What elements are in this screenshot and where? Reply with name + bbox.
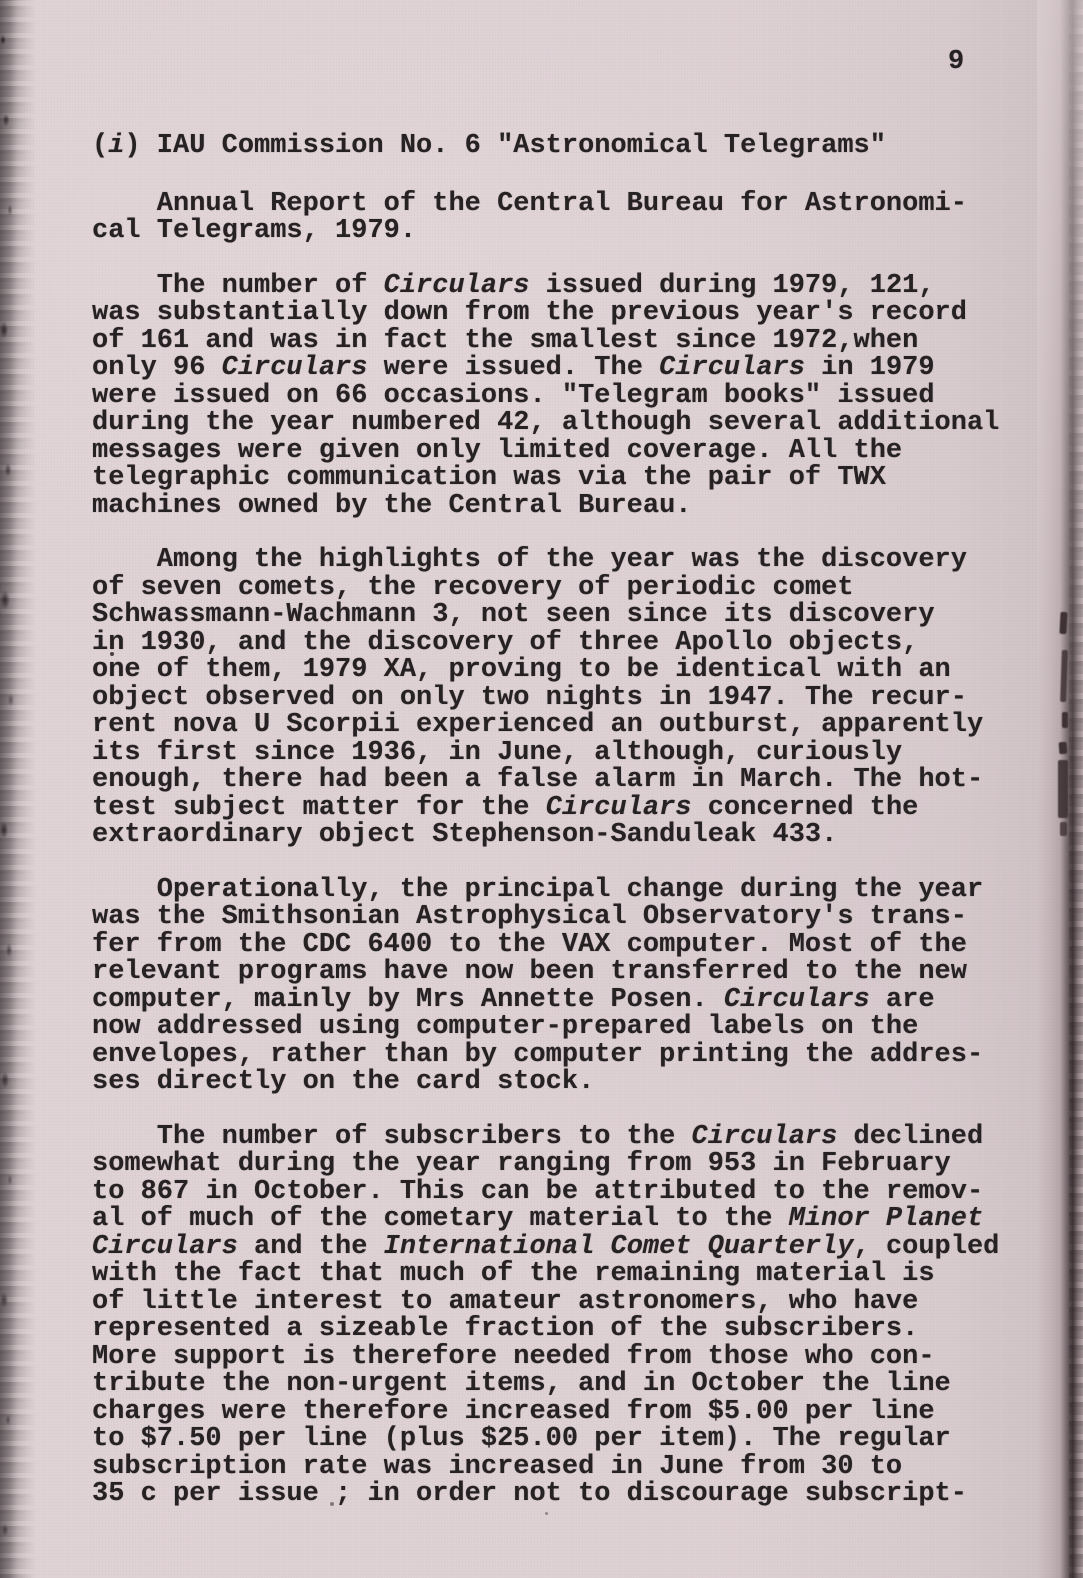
text-segment: al of much of the cometary material to t… [92, 1204, 789, 1234]
bleed-through-mark [1060, 822, 1067, 836]
text-segment: International Comet Quarterly [384, 1232, 854, 1262]
text-segment: was the Smithsonian Astrophysical Observ… [92, 902, 967, 932]
text-segment: declined [837, 1122, 983, 1152]
text-line: with the fact that much of the remaining… [92, 1261, 1052, 1289]
text-segment: ( [92, 131, 108, 161]
text-segment: 35 c per issue ; in order not to discour… [92, 1479, 967, 1509]
text-segment: concerned the [692, 793, 919, 823]
text-segment: ses directly on the card stock. [92, 1067, 594, 1097]
text-segment: fer from the CDC 6400 to the VAX compute… [92, 930, 967, 960]
text-line: of 161 and was in fact the smallest sinc… [92, 328, 1052, 356]
text-segment: charges were therefore increased from $5… [92, 1397, 935, 1427]
text-line: were issued on 66 occasions. "Telegram b… [92, 383, 1052, 411]
text-line: to $7.50 per line (plus $25.00 per item)… [92, 1426, 1052, 1454]
text-line: enough, there had been a false alarm in … [92, 767, 1052, 795]
text-segment: extraordinary object Stephenson-Sandulea… [92, 820, 837, 850]
text-line: was substantially down from the previous… [92, 300, 1052, 328]
text-segment: Operationally, the principal change duri… [92, 875, 983, 905]
text-line: al of much of the cometary material to t… [92, 1206, 1052, 1234]
text-segment: ) IAU Commission No. 6 "Astronomical Tel… [124, 131, 886, 161]
text-segment: are [870, 985, 935, 1015]
text-segment: in 1979 [805, 353, 935, 383]
text-line: envelopes, rather than by computer print… [92, 1042, 1052, 1070]
text-segment: Minor Planet [789, 1204, 983, 1234]
text-segment: enough, there had been a false alarm in … [92, 765, 983, 795]
text-segment: to 867 in October. This can be attribute… [92, 1177, 983, 1207]
text-line: machines owned by the Central Bureau. [92, 493, 1052, 521]
text-line: fer from the CDC 6400 to the VAX compute… [92, 932, 1052, 960]
text-line: somewhat during the year ranging from 95… [92, 1151, 1052, 1179]
text-line: represented a sizeable fraction of the s… [92, 1316, 1052, 1344]
bleed-through-mark [1059, 612, 1067, 634]
text-segment: envelopes, rather than by computer print… [92, 1040, 983, 1070]
text-line: Operationally, the principal change duri… [92, 877, 1052, 905]
text-segment: cal Telegrams, 1979. [92, 216, 416, 246]
text-segment: somewhat during the year ranging from 95… [92, 1149, 951, 1179]
text-segment: Among the highlights of the year was the… [92, 545, 967, 575]
text-segment: with the fact that much of the remaining… [92, 1259, 935, 1289]
text-segment: subscription rate was increased in June … [92, 1452, 902, 1482]
text-line: charges were therefore increased from $5… [92, 1399, 1052, 1427]
text-line: in 1930, and the discovery of three Apol… [92, 630, 1052, 658]
text-line: cal Telegrams, 1979. [92, 218, 1052, 246]
text-line: object observed on only two nights in 19… [92, 685, 1052, 713]
text-segment: More support is therefore needed from th… [92, 1342, 935, 1372]
paragraph: The number of Circulars issued during 19… [92, 273, 1052, 521]
text-line: messages were given only limited coverag… [92, 438, 1052, 466]
text-line: during the year numbered 42, although se… [92, 410, 1052, 438]
paragraph: Among the highlights of the year was the… [92, 547, 1052, 850]
text-segment: was substantially down from the previous… [92, 298, 967, 328]
text-segment: only 96 [92, 353, 222, 383]
text-segment: Circulars [222, 353, 368, 383]
text-segment: , coupled [854, 1232, 1000, 1262]
text-segment: represented a sizeable fraction of the s… [92, 1314, 918, 1344]
text-line: relevant programs have now been transfer… [92, 959, 1052, 987]
bleed-through-mark [1058, 760, 1068, 818]
text-line: its first since 1936, in June, although,… [92, 740, 1052, 768]
text-line: More support is therefore needed from th… [92, 1344, 1052, 1372]
text-segment: rent nova U Scorpii experienced an outbu… [92, 710, 983, 740]
text-line: 35 c per issue ; in order not to discour… [92, 1481, 1052, 1509]
text-segment: in 1930, and the discovery of three Apol… [92, 628, 918, 658]
text-segment: Circulars [546, 793, 692, 823]
text-segment: telegraphic communication was via the pa… [92, 463, 886, 493]
text-segment: test subject matter for the [92, 793, 546, 823]
text-line: was the Smithsonian Astrophysical Observ… [92, 904, 1052, 932]
text-segment: The number of subscribers to the [92, 1122, 692, 1152]
text-line: Among the highlights of the year was the… [92, 547, 1052, 575]
text-segment: Circulars [724, 985, 870, 1015]
text-line: Annual Report of the Central Bureau for … [92, 191, 1052, 219]
text-segment: messages were given only limited coverag… [92, 436, 902, 466]
text-segment: machines owned by the Central Bureau. [92, 491, 692, 521]
text-line: of little interest to amateur astronomer… [92, 1289, 1052, 1317]
text-line: of seven comets, the recovery of periodi… [92, 575, 1052, 603]
text-line: The number of subscribers to the Circula… [92, 1124, 1052, 1152]
scan-edge-left [0, 0, 36, 1578]
text-segment: during the year numbered 42, although se… [92, 408, 999, 438]
text-segment: of seven comets, the recovery of periodi… [92, 573, 854, 603]
text-line: ses directly on the card stock. [92, 1069, 1052, 1097]
text-segment: were issued on 66 occasions. "Telegram b… [92, 381, 935, 411]
text-line: subscription rate was increased in June … [92, 1454, 1052, 1482]
text-segment: Circulars [692, 1122, 838, 1152]
document-body: (i) IAU Commission No. 6 "Astronomical T… [92, 133, 1052, 1509]
paragraph: Annual Report of the Central Bureau for … [92, 191, 1052, 246]
text-segment: one of them, 1979 XA, proving to be iden… [92, 655, 951, 685]
text-segment: relevant programs have now been transfer… [92, 957, 967, 987]
bleed-through-mark [1060, 650, 1068, 702]
text-segment: Circulars [384, 271, 530, 301]
text-segment: of 161 and was in fact the smallest sinc… [92, 326, 918, 356]
paragraph: Operationally, the principal change duri… [92, 877, 1052, 1097]
text-segment: object observed on only two nights in 19… [92, 683, 967, 713]
bleed-through-mark [1059, 742, 1068, 755]
text-line: The number of Circulars issued during 19… [92, 273, 1052, 301]
text-segment: Schwassmann-Wachmann 3, not seen since i… [92, 600, 935, 630]
stray-speck [545, 1512, 548, 1515]
text-segment: The number of [92, 271, 384, 301]
text-segment: i [108, 131, 124, 161]
text-line: one of them, 1979 XA, proving to be iden… [92, 657, 1052, 685]
text-segment: issued during 1979, 121, [529, 271, 934, 301]
bleed-through-mark [1062, 712, 1068, 728]
text-segment: of little interest to amateur astronomer… [92, 1287, 918, 1317]
text-segment: tribute the non-urgent items, and in Oct… [92, 1369, 951, 1399]
text-segment: Annual Report of the Central Bureau for … [92, 189, 967, 219]
text-line: telegraphic communication was via the pa… [92, 465, 1052, 493]
text-line: Schwassmann-Wachmann 3, not seen since i… [92, 602, 1052, 630]
text-line: tribute the non-urgent items, and in Oct… [92, 1371, 1052, 1399]
text-line: Circulars and the International Comet Qu… [92, 1234, 1052, 1262]
text-segment: and the [238, 1232, 384, 1262]
text-segment: Circulars [659, 353, 805, 383]
text-segment: now addressed using computer-prepared la… [92, 1012, 918, 1042]
scanned-document-page: 9 (i) IAU Commission No. 6 "Astronomical… [0, 0, 1083, 1578]
text-line: test subject matter for the Circulars co… [92, 795, 1052, 823]
page-number: 9 [948, 48, 964, 76]
section-heading: (i) IAU Commission No. 6 "Astronomical T… [92, 133, 1052, 161]
text-segment: Circulars [92, 1232, 238, 1262]
paragraph: The number of subscribers to the Circula… [92, 1124, 1052, 1509]
text-line: only 96 Circulars were issued. The Circu… [92, 355, 1052, 383]
text-line: extraordinary object Stephenson-Sandulea… [92, 822, 1052, 850]
text-line: now addressed using computer-prepared la… [92, 1014, 1052, 1042]
text-line: computer, mainly by Mrs Annette Posen. C… [92, 987, 1052, 1015]
text-segment: its first since 1936, in June, although,… [92, 738, 902, 768]
text-segment: were issued. The [367, 353, 659, 383]
text-line: rent nova U Scorpii experienced an outbu… [92, 712, 1052, 740]
text-line: to 867 in October. This can be attribute… [92, 1179, 1052, 1207]
text-segment: to $7.50 per line (plus $25.00 per item)… [92, 1424, 951, 1454]
text-segment: computer, mainly by Mrs Annette Posen. [92, 985, 724, 1015]
